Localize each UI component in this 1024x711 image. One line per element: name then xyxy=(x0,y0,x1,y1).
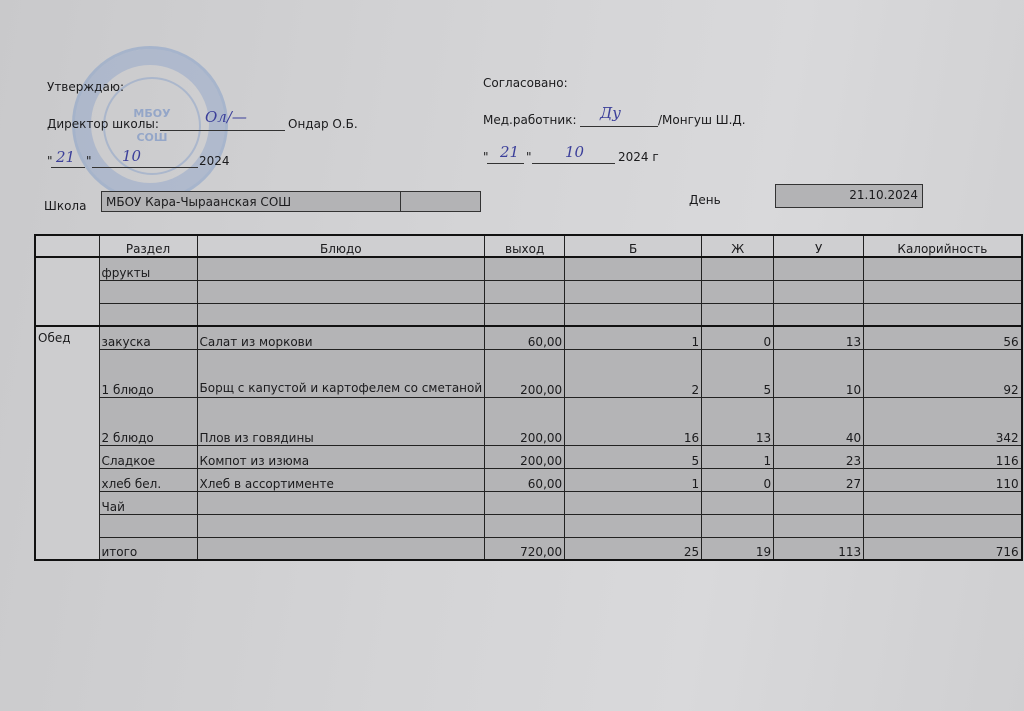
stamp-text-bottom: СОШ xyxy=(136,131,167,145)
carbs-cell xyxy=(774,303,864,326)
calories-cell: 110 xyxy=(864,468,1022,491)
carbs-cell: 40 xyxy=(774,397,864,445)
section-cell xyxy=(99,280,197,303)
calories-cell xyxy=(864,303,1022,326)
section-cell: хлеб бел. xyxy=(99,468,197,491)
table-row: Чай xyxy=(35,491,1022,514)
table-row: хлеб бел. Хлеб в ассортименте 60,00 1 0 … xyxy=(35,468,1022,491)
breakfast-meal-cell xyxy=(35,257,99,326)
carbs-cell xyxy=(774,280,864,303)
header-calories: Калорийность xyxy=(864,235,1022,257)
table-row: Сладкое Компот из изюма 200,00 5 1 23 11… xyxy=(35,445,1022,468)
lunch-meal-cell: Обед xyxy=(35,326,99,560)
agreement-month-line xyxy=(532,163,615,164)
carbs-cell: 27 xyxy=(774,468,864,491)
approval-day-line xyxy=(51,167,85,168)
output-cell xyxy=(485,257,565,280)
table-row xyxy=(35,514,1022,537)
director-signature-line xyxy=(160,130,285,131)
protein-cell xyxy=(565,491,702,514)
dish-cell xyxy=(197,280,485,303)
protein-total-cell: 25 xyxy=(565,537,702,560)
protein-cell: 1 xyxy=(565,468,702,491)
dish-cell: Плов из говядины xyxy=(197,397,485,445)
header-section: Раздел xyxy=(99,235,197,257)
protein-cell: 16 xyxy=(565,397,702,445)
fat-cell xyxy=(702,280,774,303)
output-cell: 200,00 xyxy=(485,397,565,445)
agreement-year: 2024 г xyxy=(618,150,659,164)
carbs-total-cell: 113 xyxy=(774,537,864,560)
agreement-quote-open: " xyxy=(483,150,489,164)
director-name: Ондар О.Б. xyxy=(288,117,358,131)
dish-cell: Борщ с капустой и картофелем со сметаной xyxy=(197,349,485,397)
director-signature: Ол/— xyxy=(205,108,247,126)
dish-cell xyxy=(197,303,485,326)
agreement-quote-close: " xyxy=(526,150,532,164)
school-field: МБОУ Кара-Чыраанская СОШ xyxy=(101,191,401,212)
protein-cell xyxy=(565,257,702,280)
protein-cell xyxy=(565,280,702,303)
calories-total-cell: 716 xyxy=(864,537,1022,560)
fat-cell: 0 xyxy=(702,468,774,491)
fat-cell: 1 xyxy=(702,445,774,468)
output-cell: 200,00 xyxy=(485,445,565,468)
output-cell xyxy=(485,491,565,514)
approval-year: 2024 xyxy=(199,154,230,168)
carbs-cell xyxy=(774,257,864,280)
header-protein: Б xyxy=(565,235,702,257)
approval-quote-open: " xyxy=(47,154,53,168)
carbs-cell: 23 xyxy=(774,445,864,468)
carbs-cell: 10 xyxy=(774,349,864,397)
approval-label: Утверждаю: xyxy=(47,80,124,94)
section-cell: фрукты xyxy=(99,257,197,280)
protein-cell: 2 xyxy=(565,349,702,397)
table-row: 2 блюдо Плов из говядины 200,00 16 13 40… xyxy=(35,397,1022,445)
fat-cell xyxy=(702,514,774,537)
dish-cell xyxy=(197,257,485,280)
output-total-cell: 720,00 xyxy=(485,537,565,560)
calories-cell xyxy=(864,491,1022,514)
day-field: 21.10.2024 xyxy=(775,184,923,208)
protein-cell: 5 xyxy=(565,445,702,468)
medic-signature: Ду xyxy=(600,104,621,122)
section-cell: 2 блюдо xyxy=(99,397,197,445)
agreement-label: Согласовано: xyxy=(483,76,568,90)
approval-month: 10 xyxy=(122,147,141,165)
table-header-row: Раздел Блюдо выход Б Ж У Калорийность xyxy=(35,235,1022,257)
calories-cell: 56 xyxy=(864,326,1022,349)
section-cell: 1 блюдо xyxy=(99,349,197,397)
fat-total-cell: 19 xyxy=(702,537,774,560)
fat-cell xyxy=(702,491,774,514)
agreement-month: 10 xyxy=(565,143,584,161)
protein-cell xyxy=(565,303,702,326)
calories-cell: 342 xyxy=(864,397,1022,445)
protein-cell xyxy=(565,514,702,537)
header-carbs: У xyxy=(774,235,864,257)
table-row: 1 блюдо Борщ с капустой и картофелем со … xyxy=(35,349,1022,397)
dish-cell: Компот из изюма xyxy=(197,445,485,468)
header-meal xyxy=(35,235,99,257)
header-dish: Блюдо xyxy=(197,235,485,257)
fat-cell xyxy=(702,303,774,326)
table-row xyxy=(35,280,1022,303)
agreement-position: Мед.работник: xyxy=(483,113,577,127)
table-row: фрукты xyxy=(35,257,1022,280)
table-row xyxy=(35,303,1022,326)
menu-document: МБОУ СОШ Утверждаю: Директор школы: Ол/—… xyxy=(0,0,1024,711)
medic-signature-line xyxy=(580,126,658,127)
section-cell: итого xyxy=(99,537,197,560)
day-label: День xyxy=(689,193,721,207)
fat-cell: 0 xyxy=(702,326,774,349)
approval-month-line xyxy=(92,167,198,168)
fat-cell xyxy=(702,257,774,280)
total-row: итого 720,00 25 19 113 716 xyxy=(35,537,1022,560)
section-cell: Сладкое xyxy=(99,445,197,468)
calories-cell: 116 xyxy=(864,445,1022,468)
section-cell: Чай xyxy=(99,491,197,514)
dish-cell xyxy=(197,514,485,537)
calories-cell xyxy=(864,514,1022,537)
table-row: Обед закуска Салат из моркови 60,00 1 0 … xyxy=(35,326,1022,349)
protein-cell: 1 xyxy=(565,326,702,349)
agreement-day: 21 xyxy=(500,143,519,161)
school-field-extra xyxy=(400,191,481,212)
calories-cell: 92 xyxy=(864,349,1022,397)
fat-cell: 5 xyxy=(702,349,774,397)
carbs-cell: 13 xyxy=(774,326,864,349)
fat-cell: 13 xyxy=(702,397,774,445)
output-cell xyxy=(485,514,565,537)
dish-cell xyxy=(197,491,485,514)
output-cell xyxy=(485,280,565,303)
carbs-cell xyxy=(774,514,864,537)
section-cell xyxy=(99,514,197,537)
school-label: Школа xyxy=(44,199,86,213)
section-cell xyxy=(99,303,197,326)
medic-name: /Монгуш Ш.Д. xyxy=(658,113,746,127)
dish-cell: Салат из моркови xyxy=(197,326,485,349)
agreement-day-line xyxy=(487,163,524,164)
carbs-cell xyxy=(774,491,864,514)
output-cell xyxy=(485,303,565,326)
header-output: выход xyxy=(485,235,565,257)
calories-cell xyxy=(864,257,1022,280)
output-cell: 200,00 xyxy=(485,349,565,397)
output-cell: 60,00 xyxy=(485,326,565,349)
header-fat: Ж xyxy=(702,235,774,257)
approval-quote-close: " xyxy=(86,154,92,168)
dish-cell: Хлеб в ассортименте xyxy=(197,468,485,491)
section-cell: закуска xyxy=(99,326,197,349)
menu-table: Раздел Блюдо выход Б Ж У Калорийность фр… xyxy=(34,234,1023,561)
dish-cell xyxy=(197,537,485,560)
approval-position: Директор школы: xyxy=(47,117,159,131)
output-cell: 60,00 xyxy=(485,468,565,491)
approval-day: 21 xyxy=(56,148,75,166)
calories-cell xyxy=(864,280,1022,303)
